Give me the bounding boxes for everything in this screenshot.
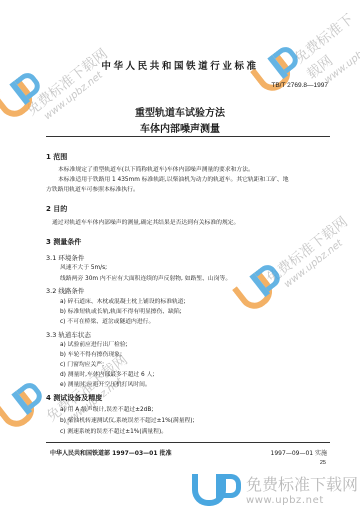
footer-divider bbox=[46, 442, 330, 443]
header-divider bbox=[46, 136, 330, 137]
section-3-3-heading: 3.3 轨道车状态 bbox=[46, 330, 91, 339]
section-3-1-heading: 3.1 环境条件 bbox=[46, 253, 84, 262]
standard-code: TB/T 2769.8—1997 bbox=[271, 82, 328, 89]
watermark-site-url: www.upbz.net bbox=[246, 495, 358, 506]
section-4-heading: 4 测试设备及精度 bbox=[46, 393, 102, 403]
section-3-3-item: a) 试验前应进行出厂检验; bbox=[60, 341, 128, 350]
section-2-heading: 2 目的 bbox=[46, 204, 67, 214]
section-1-paragraph: 本标准规定了重型轨道车(以下简称轨道车)车体内部噪声测量的要求和方法。 bbox=[58, 166, 254, 175]
approval-line: 中华人民共和国铁道部 1997—03—01 批准 bbox=[50, 448, 172, 457]
section-3-3-item: e) 测量时,应避开空压机打风时间。 bbox=[60, 381, 151, 390]
document-title-line2: 车体内部噪声测量 bbox=[0, 120, 360, 135]
implementation-date: 1997—09—01 实施 bbox=[271, 448, 327, 457]
page-number: 25 bbox=[320, 460, 326, 466]
watermark-bottom-text: 免费标准下载网 www.upbz.net bbox=[246, 472, 358, 506]
watermark-top-right: 免费标准下载网 www.upbz.net bbox=[290, 2, 360, 92]
section-3-3-item: d) 测量时,车体内部最多不超过 6 人; bbox=[60, 371, 154, 380]
section-1-paragraph: 方铁路用轨道车可参照本标准执行。 bbox=[46, 186, 139, 195]
section-3-3-item: c) 门窗均应关严; bbox=[60, 361, 104, 370]
document-title-line1: 重型轨道车试验方法 bbox=[0, 104, 360, 119]
logo-p-shape bbox=[216, 474, 240, 500]
section-3-1-line: 线路两旁 30m 内不应有大面积连续的声反射物, 如路堑、山岗等。 bbox=[60, 275, 231, 284]
section-3-2-heading: 3.2 线路条件 bbox=[46, 286, 84, 295]
section-4-item: a) 用 A 级声级计,误差不超过±2dB; bbox=[60, 406, 153, 415]
section-1-heading: 1 范围 bbox=[46, 152, 67, 162]
section-3-2-item: b) 标准短轨或长轨,轨面不得有明显擦伤、缺陷; bbox=[60, 308, 182, 317]
section-3-2-item: c) 不可在桥梁、道岔或隧道内进行。 bbox=[60, 318, 154, 327]
section-1-paragraph: 本标准适用于铁路用 1 435mm 标准轨距,以柴油机为动力的轨道车。其它轨距和… bbox=[58, 176, 289, 185]
section-4-item: c) 测速系统的误差不超过±1%(满量程)。 bbox=[60, 428, 167, 437]
section-3-heading: 3 测量条件 bbox=[46, 237, 81, 247]
section-4-item: b) 柴油机转速测试仪,系统误差不超过±1%(满量程); bbox=[60, 417, 195, 426]
section-3-1-line: 风速不大于 5m/s; bbox=[60, 264, 107, 273]
issuer-title: 中华人民共和国铁道行业标准 bbox=[0, 58, 360, 72]
section-3-2-item: a) 碎石道床、木枕或混凝土枕上铺设的标准轨道; bbox=[60, 298, 186, 307]
section-2-paragraph: 通过对轨道车车体内部噪声的测量,确定其结果是否达到有关标准的规定。 bbox=[52, 219, 239, 228]
watermark-site-name: 免费标准下载网 bbox=[246, 472, 358, 495]
section-3-3-item: b) 车轮不得有擦伤现象; bbox=[60, 351, 122, 360]
